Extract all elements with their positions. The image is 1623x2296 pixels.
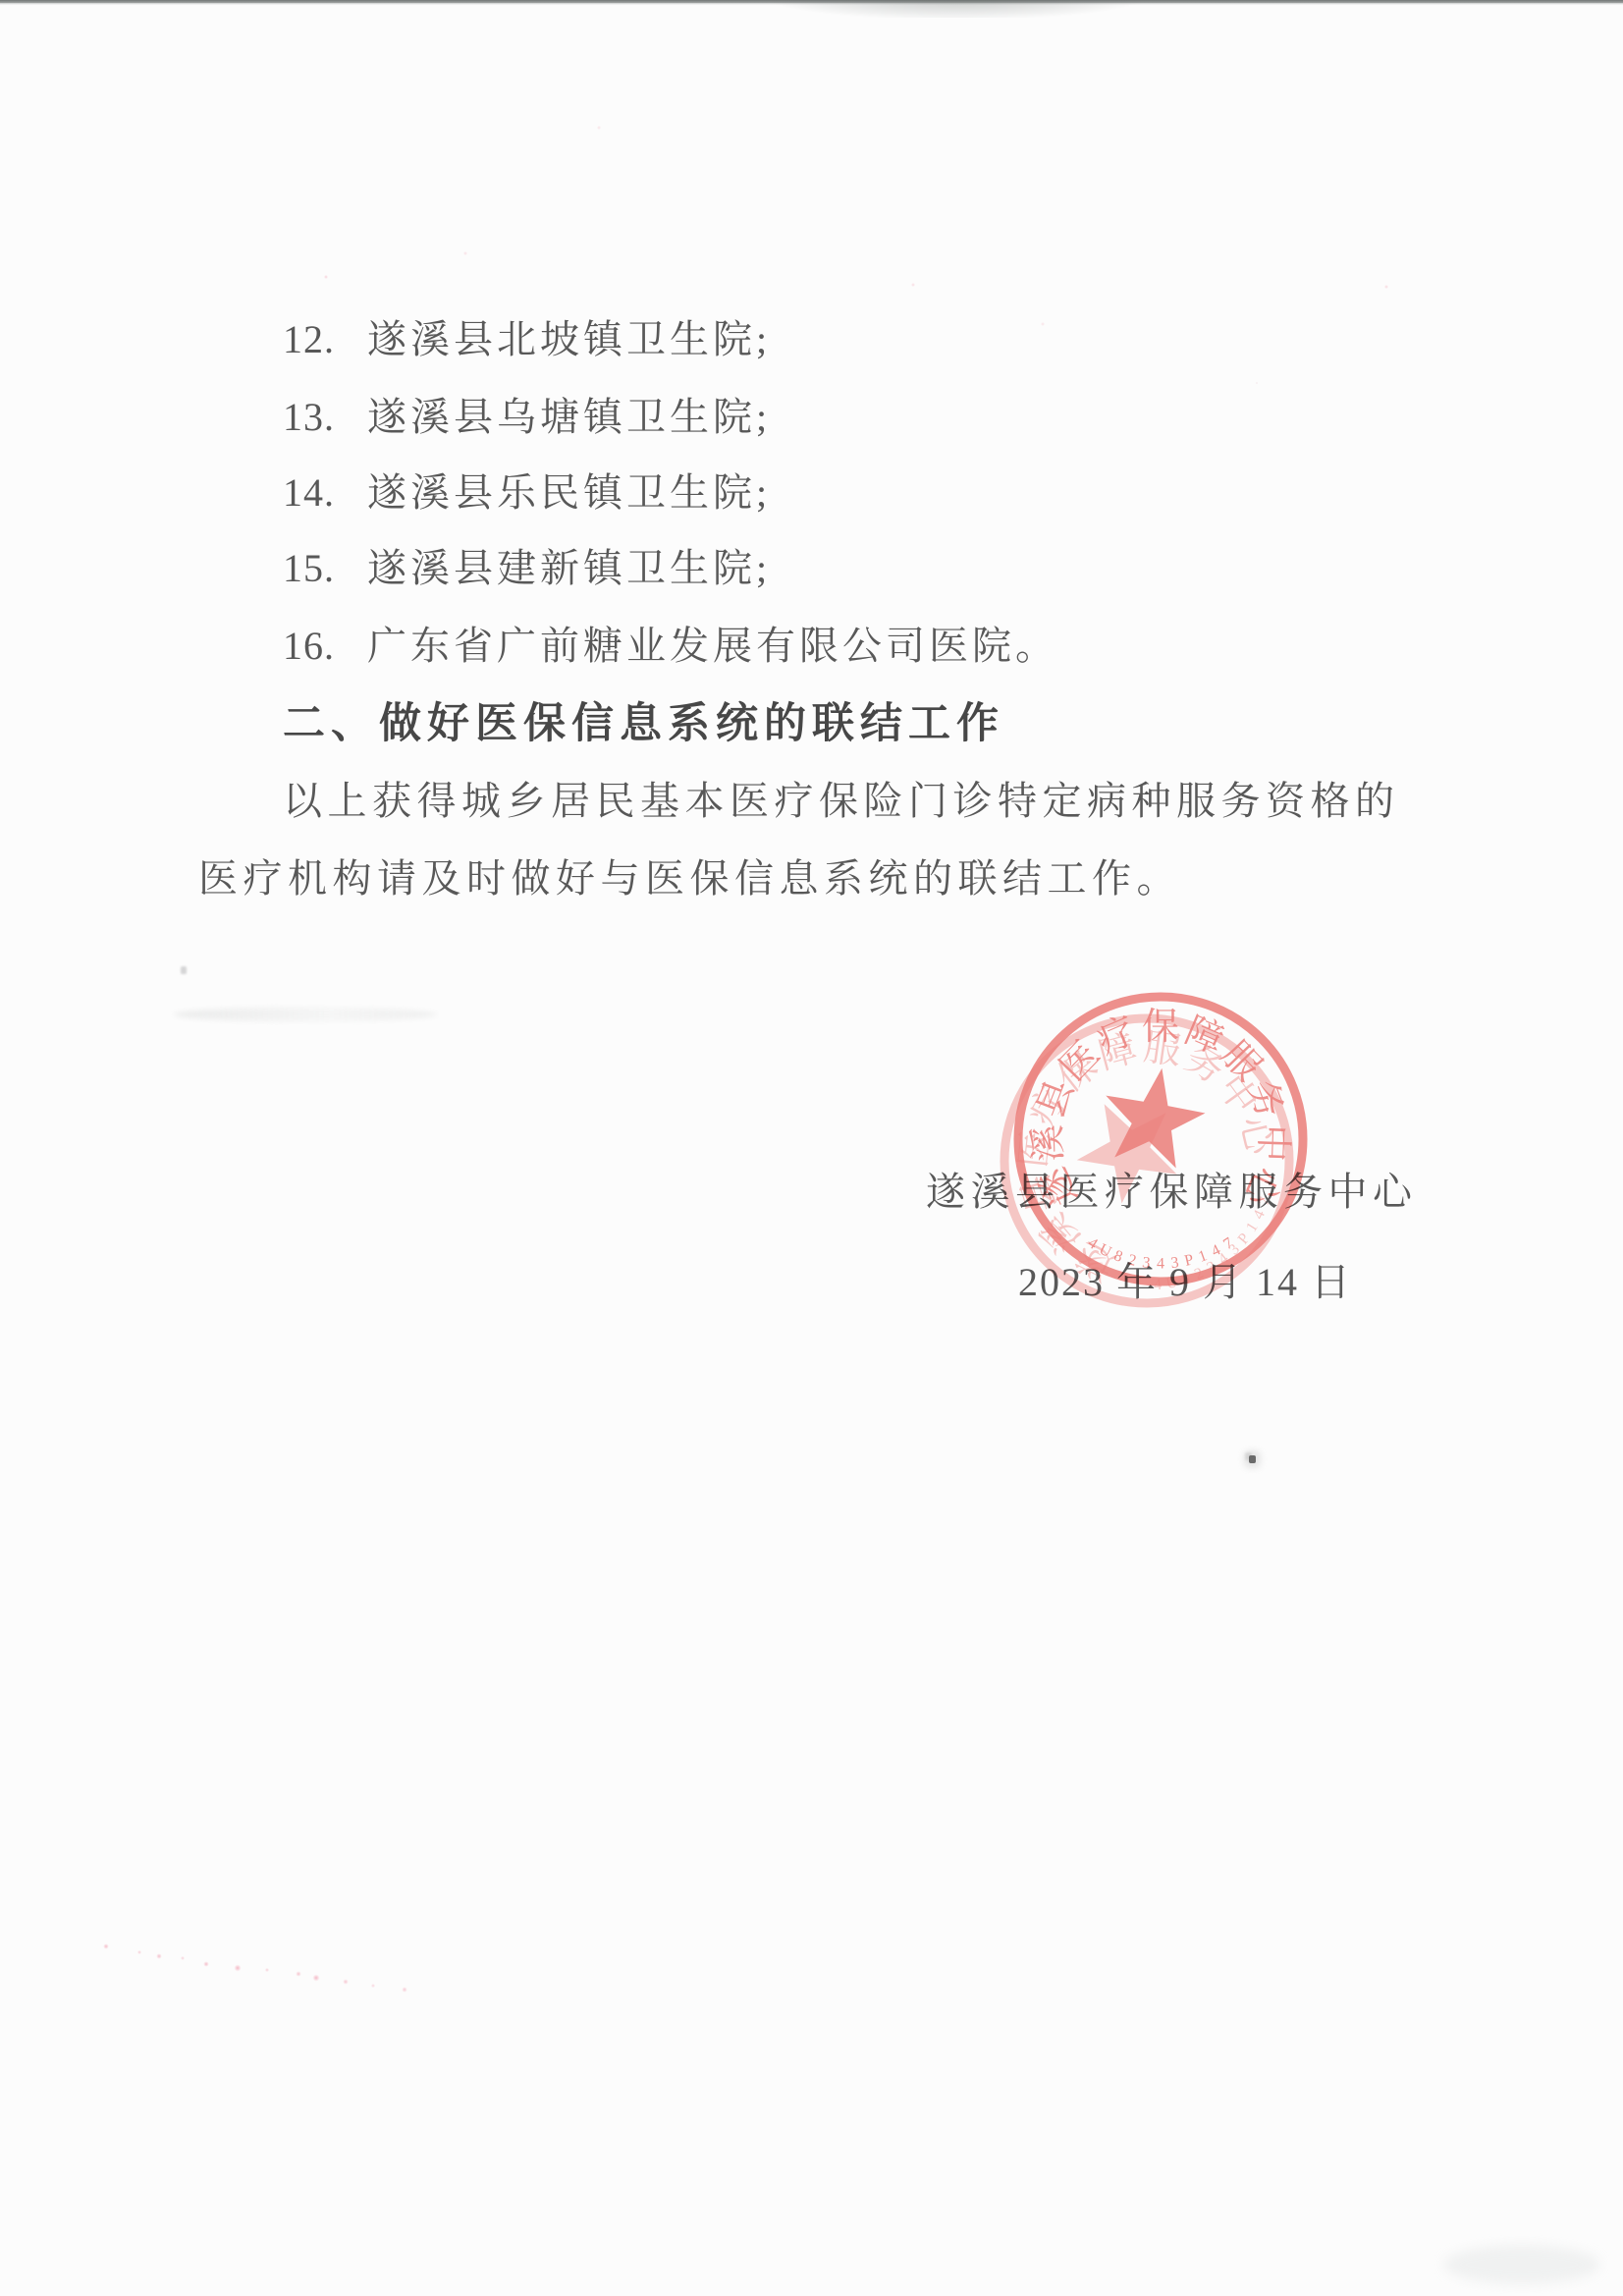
svg-text:保: 保 [1051, 1045, 1106, 1101]
list-item-text: 遂溪县乐民镇卫生院; [367, 470, 771, 515]
section-heading: 二、做好医保信息系统的联结工作 [283, 693, 1004, 754]
list-item-number: 16. [283, 619, 367, 674]
svg-text:服: 服 [1214, 1034, 1270, 1090]
signature-org-name: 遂溪县医疗保障服务中心 [926, 1165, 1418, 1220]
list-item: 12.遂溪县北坡镇卫生院; [283, 312, 771, 367]
pink-speck-trail-artifact [88, 1935, 432, 2003]
list-item-number: 12. [283, 312, 367, 367]
scan-speck [1249, 1455, 1256, 1463]
list-item: 16.广东省广前糖业发展有限公司医院。 [283, 619, 1058, 674]
list-item-number: 13. [283, 390, 367, 445]
svg-text:障: 障 [1179, 1010, 1229, 1063]
svg-text:保: 保 [1142, 1007, 1179, 1048]
pink-speck-artifacts [0, 0, 1623, 412]
svg-text:务: 务 [1178, 1037, 1231, 1092]
list-item: 13.遂溪县乌塘镇卫生院; [283, 390, 771, 445]
svg-text:县: 县 [1030, 1074, 1082, 1124]
svg-text:服: 服 [1141, 1027, 1183, 1073]
paragraph-line: 以上获得城乡居民基本医疗保险门诊特定病种服务资格的 [283, 774, 1400, 829]
svg-text:务: 务 [1239, 1074, 1291, 1124]
scanned-document-page: 12.遂溪县北坡镇卫生院; 13.遂溪县乌塘镇卫生院; 14.遂溪县乐民镇卫生院… [0, 0, 1623, 2296]
scan-smudge [1443, 2245, 1600, 2284]
svg-text:4: 4 [1085, 1234, 1101, 1253]
list-item-text: 遂溪县乌塘镇卫生院; [367, 395, 771, 439]
signature-date: 2023 年 9 月 14 日 [1018, 1255, 1352, 1310]
svg-text:中: 中 [1210, 1067, 1265, 1121]
scan-edge-artifact [0, 0, 1623, 18]
list-item-number: 14. [283, 465, 367, 520]
svg-text:疗: 疗 [1022, 1080, 1076, 1133]
list-item-number: 15. [283, 541, 367, 596]
svg-text:中: 中 [1251, 1123, 1293, 1162]
list-item-text: 遂溪县北坡镇卫生院; [367, 317, 771, 361]
svg-text:P: P [1235, 1230, 1254, 1248]
svg-text:疗: 疗 [1092, 1010, 1142, 1063]
svg-text:医: 医 [1013, 1128, 1058, 1170]
svg-text:1: 1 [1243, 1220, 1262, 1235]
scan-speck [181, 966, 187, 974]
paragraph-line: 医疗机构请及时做好与医保信息系统的联结工作。 [198, 851, 1181, 906]
svg-text:医: 医 [1053, 1034, 1109, 1090]
svg-text:溪: 溪 [1027, 1123, 1069, 1162]
list-item-text: 遂溪县建新镇卫生院; [367, 546, 771, 590]
list-item: 15.遂溪县建新镇卫生院; [283, 541, 771, 596]
svg-text:心: 心 [1231, 1113, 1280, 1160]
list-item-text: 广东省广前糖业发展有限公司医院。 [367, 624, 1058, 668]
svg-text:障: 障 [1095, 1028, 1142, 1077]
svg-text:7: 7 [1220, 1234, 1236, 1253]
scan-smudge [174, 1008, 437, 1021]
list-item: 14.遂溪县乐民镇卫生院; [283, 465, 771, 520]
